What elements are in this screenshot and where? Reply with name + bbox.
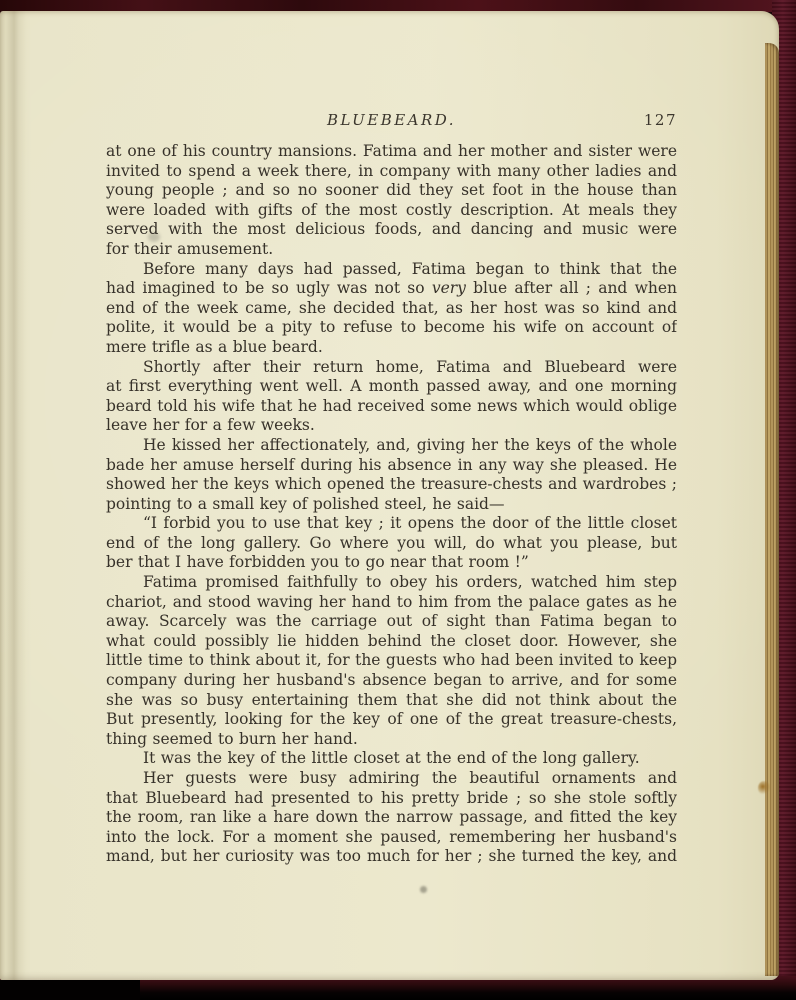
text-line: pointing to a small key of polished stee… xyxy=(106,495,677,515)
text-line: away. Scarcely was the carriage out of s… xyxy=(106,612,677,632)
text-line: she was so busy entertaining them that s… xyxy=(106,691,677,711)
text-line: served with the most delicious foods, an… xyxy=(106,220,677,240)
text-line: that Bluebeard had presented to his pret… xyxy=(106,789,677,809)
paper-speck xyxy=(420,886,427,893)
text-line: It was the key of the little closet at t… xyxy=(106,749,677,769)
text-line: into the lock. For a moment she paused, … xyxy=(106,828,677,848)
text-line: end of the long gallery. Go where you wi… xyxy=(106,534,677,554)
text-line: ber that I have forbidden you to go near… xyxy=(106,553,677,573)
book-photo: BLUEBEARD. 127 at one of his country man… xyxy=(0,0,796,1000)
page-title: BLUEBEARD. xyxy=(106,110,677,130)
text-line: showed her the keys which opened the tre… xyxy=(106,475,677,495)
text-line: young people ; and so no sooner did they… xyxy=(106,181,677,201)
text-line: But presently, looking for the key of on… xyxy=(106,710,677,730)
text-line: Before many days had passed, Fatima bega… xyxy=(106,260,677,280)
paragraph: “I forbid you to use that key ; it opens… xyxy=(106,514,677,573)
page-edge-stack xyxy=(765,43,779,976)
paragraph: He kissed her affectionately, and, givin… xyxy=(106,436,677,514)
text-line: what could possibly lie hidden behind th… xyxy=(106,632,677,652)
text-line: thing seemed to burn her hand. xyxy=(106,730,677,750)
text-line: bade her amuse herself during his absenc… xyxy=(106,456,677,476)
text-line: Shortly after their return home, Fatima … xyxy=(106,358,677,378)
text-line: little time to think about it, for the g… xyxy=(106,651,677,671)
text-line: polite, it would be a pity to refuse to … xyxy=(106,318,677,338)
paragraph: Fatima promised faithfully to obey his o… xyxy=(106,573,677,749)
text-line: invited to spend a week there, in compan… xyxy=(106,162,677,182)
text-line: had imagined to be so ugly was not so ve… xyxy=(106,279,677,299)
paragraph: It was the key of the little closet at t… xyxy=(106,749,677,769)
text-line: mere trifle as a blue beard. xyxy=(106,338,677,358)
text-line: for their amusement. xyxy=(106,240,677,260)
paragraph: Before many days had passed, Fatima bega… xyxy=(106,260,677,358)
text-line: chariot, and stood waving her hand to hi… xyxy=(106,593,677,613)
book-page: BLUEBEARD. 127 at one of his country man… xyxy=(0,11,779,980)
paragraph: Shortly after their return home, Fatima … xyxy=(106,358,677,436)
running-head: BLUEBEARD. 127 xyxy=(106,110,677,130)
page-number: 127 xyxy=(644,110,677,130)
book-cover-bottom-left-shadow xyxy=(0,980,140,1000)
text-line: end of the week came, she decided that, … xyxy=(106,299,677,319)
text-line: mand, but her curiosity was too much for… xyxy=(106,847,677,867)
text-line: at first everything went well. A month p… xyxy=(106,377,677,397)
text-line: He kissed her affectionately, and, givin… xyxy=(106,436,677,456)
printed-content: BLUEBEARD. 127 at one of his country man… xyxy=(106,110,677,867)
text-line: at one of his country mansions. Fatima a… xyxy=(106,142,677,162)
text-line: leave her for a few weeks. xyxy=(106,416,677,436)
paragraph: Her guests were busy admiring the beauti… xyxy=(106,769,677,867)
paragraph: at one of his country mansions. Fatima a… xyxy=(106,142,677,260)
paper-stain xyxy=(758,781,770,795)
text-line: beard told his wife that he had received… xyxy=(106,397,677,417)
text-line: “I forbid you to use that key ; it opens… xyxy=(106,514,677,534)
text-line: were loaded with gifts of the most costl… xyxy=(106,201,677,221)
text-line: the room, ran like a hare down the narro… xyxy=(106,808,677,828)
text-line: company during her husband's absence beg… xyxy=(106,671,677,691)
text-line: Her guests were busy admiring the beauti… xyxy=(106,769,677,789)
page-text: at one of his country mansions. Fatima a… xyxy=(106,142,677,867)
text-line: Fatima promised faithfully to obey his o… xyxy=(106,573,677,593)
